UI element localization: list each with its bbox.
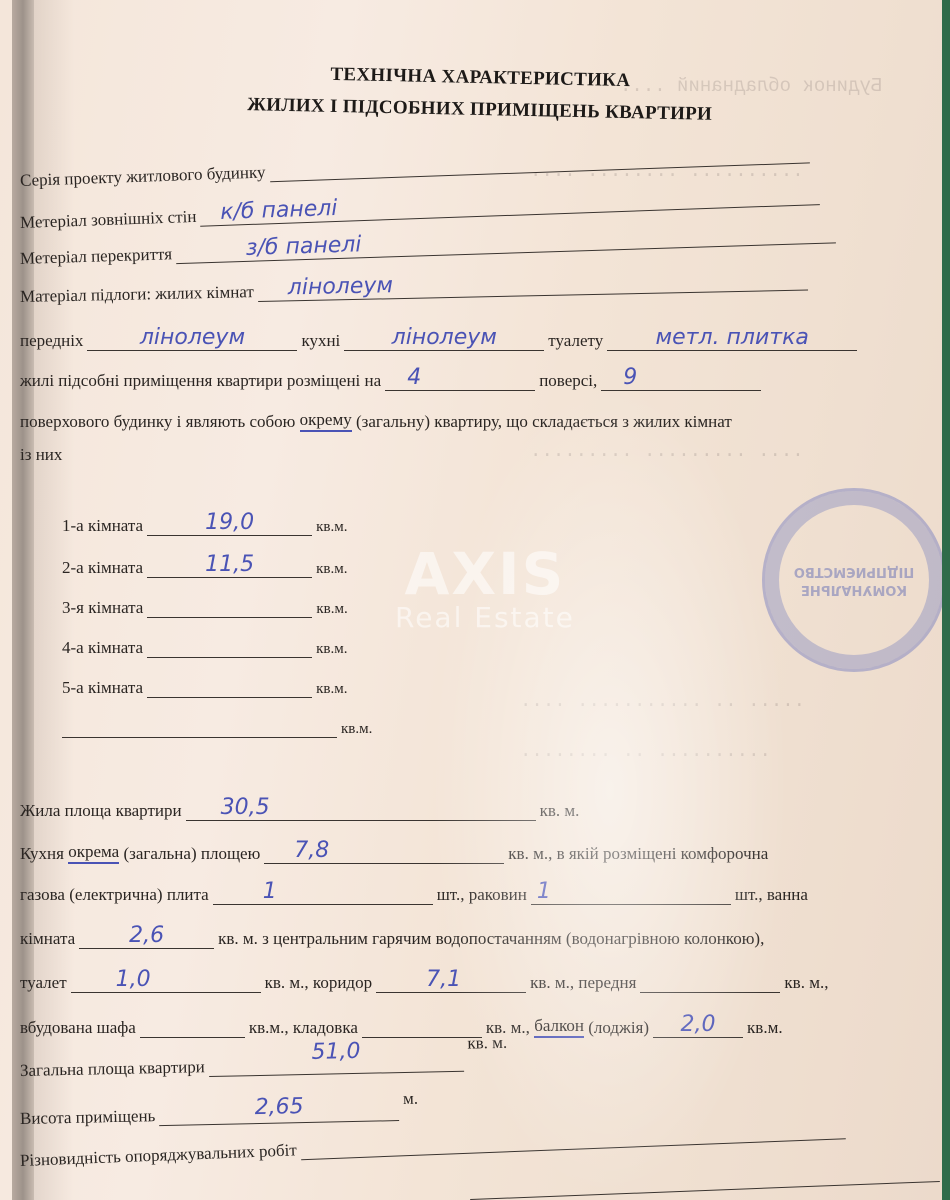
unit-label: кв.м. <box>316 561 347 578</box>
light-glare <box>430 380 790 1200</box>
finishing-field[interactable] <box>300 1118 845 1160</box>
official-stamp: КОМУНАЛЬНЕ ПІДПРИЄМСТВО <box>762 488 942 672</box>
floor-rooms-field[interactable]: лінолеум <box>258 270 808 303</box>
balcony-option[interactable]: балкон <box>534 1016 584 1038</box>
height-row: Висота приміщень 2,65 м. <box>20 1100 419 1129</box>
room-row: 3-я кімнатакв.м. <box>62 597 348 618</box>
room-area-field[interactable]: 11,5 <box>147 557 312 578</box>
unit-label: кв.м. <box>341 721 372 738</box>
total-floors-value: 9 <box>601 367 761 389</box>
floor-materials-row: передніх лінолеум кухні лінолеум туалету… <box>20 330 861 351</box>
unit-label: м. <box>403 1089 418 1109</box>
floor-label: Матеріал підлоги: жилих кімнат <box>20 282 254 307</box>
floor-row: Матеріал підлоги: жилих кімнат лінолеум <box>20 269 812 307</box>
toilet-label: туалет <box>20 973 67 993</box>
series-row: Серія проекту житлового будинку <box>20 142 814 191</box>
kitchen-area-value: 7,8 <box>264 840 504 862</box>
kitchen-suffix: кв. м., в якій розміщені комфорочна <box>508 844 768 864</box>
bathroom-field[interactable]: 2,6 <box>79 928 214 949</box>
finishing-value <box>301 1137 846 1158</box>
room-row: 2-а кімната11,5кв.м. <box>62 557 347 578</box>
unit-label: кв. м. <box>540 801 580 821</box>
toilet-corridor-row: туалет 1,0 кв. м., коридор 7,1 кв. м., п… <box>20 972 828 993</box>
floor-number-field[interactable]: 4 <box>385 370 535 391</box>
room-row: 5-а кімнатакв.м. <box>62 677 347 698</box>
room-area-field[interactable]: 19,0 <box>147 515 312 536</box>
total-floors-field[interactable]: 9 <box>601 370 761 391</box>
balcony-value: 2,0 <box>653 1014 743 1036</box>
bleed-through-text: .......... .. ........ <box>520 740 771 762</box>
room-area-value: 11,5 <box>147 554 312 576</box>
kitchen-label: Кухня <box>20 844 64 864</box>
room-label: 2-а кімната <box>62 558 143 578</box>
corridor-label: кв. м., коридор <box>265 973 372 993</box>
room-area-field[interactable] <box>147 597 312 618</box>
unit-label: кв.м. <box>316 641 347 658</box>
hall-label: передніх <box>20 331 83 351</box>
living-area-value: 30,5 <box>186 797 536 819</box>
sinks-label: шт., раковин <box>437 885 527 905</box>
watermark-logo: AXIS <box>395 545 575 603</box>
hall-value: лінолеум <box>87 327 297 349</box>
loggia-option: (лоджія) <box>588 1018 649 1038</box>
room-row: кв.м. <box>62 717 372 738</box>
ceiling-value: з/б панелі <box>176 219 836 262</box>
floor-suffix: поверсі, <box>539 371 597 391</box>
unit-label: кв. м., <box>784 973 828 993</box>
height-value: 2,65 <box>159 1094 399 1121</box>
stove-field[interactable]: 1 <box>213 884 433 905</box>
sinks-value: 1 <box>531 881 731 903</box>
toilet-floor-value: метл. плитка <box>607 327 857 349</box>
stamp-line-1: КОМУНАЛЬНЕ <box>801 580 907 598</box>
apartment-separate-option[interactable]: окрему <box>300 410 352 432</box>
apartment-text: поверхового будинку і являють собою <box>20 412 295 432</box>
living-area-field[interactable]: 30,5 <box>186 800 536 821</box>
kitchen-separate-option[interactable]: окрема <box>68 842 119 864</box>
document-page: Будинок обладнаний .... .......... .....… <box>0 0 942 1200</box>
total-area-value: 51,0 <box>208 1039 463 1066</box>
kitchen-area-field[interactable]: 7,8 <box>264 843 504 864</box>
room-row: 4-а кімнатакв.м. <box>62 637 347 658</box>
toilet-floor-field[interactable]: метл. плитка <box>607 330 857 351</box>
hall-field[interactable]: лінолеум <box>87 330 297 351</box>
bath-suffix: шт., ванна <box>735 885 808 905</box>
walls-label: Метеріал зовнішніх стін <box>20 207 197 233</box>
kitchen-area-row: Кухня окрема (загальна) площею 7,8 кв. м… <box>20 842 768 864</box>
stove-value: 1 <box>213 881 433 903</box>
location-row: жилі підсобні приміщення квартири розміщ… <box>20 370 765 391</box>
total-area-row: Загальна площа квартири 51,0 кв. м. <box>20 1050 508 1081</box>
balcony-field[interactable]: 2,0 <box>653 1017 743 1038</box>
watermark: AXIS Real Estate <box>395 545 575 633</box>
room-row: 1-а кімната19,0кв.м. <box>62 515 347 536</box>
bathroom-row: кімната 2,6 кв. м. з центральним гарячим… <box>20 928 764 949</box>
floor-rooms-value: лінолеум <box>258 267 808 301</box>
stove-row: газова (електрична) плита 1 шт., раковин… <box>20 884 808 905</box>
bleed-through-text: .... ......... ......... <box>530 440 804 462</box>
floor-number-value: 4 <box>385 367 535 389</box>
location-label: жилі підсобні приміщення квартири розміщ… <box>20 371 381 391</box>
walls-field[interactable]: к/б панелі <box>200 184 820 227</box>
finishing-extra-line[interactable] <box>470 1181 940 1200</box>
room-area-value: 19,0 <box>147 512 312 534</box>
corridor-value: 7,1 <box>376 969 526 991</box>
bleed-through-text: ..... .. ........... .... <box>520 690 805 712</box>
of-them-label: із них <box>20 445 62 465</box>
kitchen-floor-value: лінолеум <box>344 327 544 349</box>
kitchen-label-2: (загальна) площею <box>123 844 260 864</box>
bathroom-label: кімната <box>20 929 75 949</box>
room-label: 3-я кімната <box>62 598 143 618</box>
hallway-field[interactable] <box>640 972 780 993</box>
room-area-field[interactable] <box>62 717 337 738</box>
unit-label: кв.м. <box>316 681 347 698</box>
room-area-field[interactable] <box>147 677 312 698</box>
ceiling-label: Метеріал перекриття <box>20 244 173 269</box>
height-field[interactable]: 2,65 <box>159 1100 399 1126</box>
page-title: ТЕХНІЧНА ХАРАКТЕРИСТИКА ЖИЛИХ І ПІДСОБНИ… <box>169 56 790 133</box>
wardrobe-label: вбудована шафа <box>20 1018 136 1038</box>
bathroom-suffix: кв. м. з центральним гарячим водопостача… <box>218 929 764 949</box>
wardrobe-field[interactable] <box>140 1017 245 1038</box>
living-area-row: Жила площа квартири 30,5 кв. м. <box>20 800 579 821</box>
total-area-label: Загальна площа квартири <box>20 1057 205 1081</box>
room-label: 4-а кімната <box>62 638 143 658</box>
of-them-row: із них <box>20 445 62 465</box>
room-label: 5-а кімната <box>62 678 143 698</box>
toilet-value: 1,0 <box>71 969 261 991</box>
ceiling-row: Метеріал перекриття з/б панелі <box>20 222 840 269</box>
room-label: 1-а кімната <box>62 516 143 536</box>
sinks-field[interactable]: 1 <box>531 884 731 905</box>
kitchen-floor-label: кухні <box>301 331 340 351</box>
unit-label: кв. м. <box>467 1033 507 1054</box>
kitchen-floor-field[interactable]: лінолеум <box>344 330 544 351</box>
apartment-text-2: (загальну) квартиру, що складається з жи… <box>356 412 732 432</box>
apartment-type-row: поверхового будинку і являють собою окре… <box>20 410 732 432</box>
toilet-floor-label: туалету <box>548 331 603 351</box>
watermark-subtitle: Real Estate <box>395 603 575 633</box>
stamp-line-2: ПІДПРИЄМСТВО <box>794 562 914 580</box>
unit-label: кв.м. <box>316 519 347 536</box>
unit-label: кв.м. <box>747 1018 783 1038</box>
storage-field[interactable] <box>362 1017 482 1038</box>
living-area-label: Жила площа квартири <box>20 801 182 821</box>
ceiling-field[interactable]: з/б панелі <box>176 222 836 264</box>
unit-label: кв.м. <box>316 601 347 618</box>
storage-label: кв.м., кладовка <box>249 1018 358 1038</box>
bathroom-value: 2,6 <box>79 925 214 947</box>
height-label: Висота приміщень <box>20 1106 156 1129</box>
room-area-field[interactable] <box>147 637 312 658</box>
total-area-field[interactable]: 51,0 <box>209 1051 464 1077</box>
wardrobe-balcony-row: вбудована шафа кв.м., кладовка кв. м., б… <box>20 1016 783 1038</box>
walls-value: к/б панелі <box>200 181 820 225</box>
hallway-label: кв. м., передня <box>530 973 636 993</box>
stove-label: газова (електрична) плита <box>20 885 209 905</box>
corridor-field[interactable]: 7,1 <box>376 972 526 993</box>
toilet-field[interactable]: 1,0 <box>71 972 261 993</box>
